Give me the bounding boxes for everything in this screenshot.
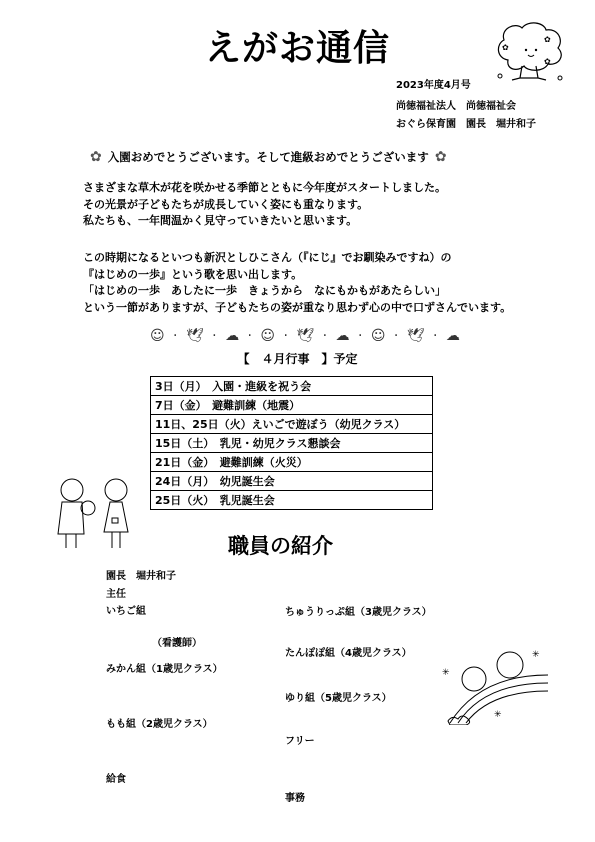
staff-mikan-class: みかん組（1歳児クラス） <box>106 660 223 675</box>
staff-nurse: （看護師） <box>152 634 202 649</box>
intro-paragraph: さまざまな草木が花を咲かせる季節とともに今年度がスタートしました。 その光景が子… <box>83 180 446 230</box>
staff-head-teacher: 主任 <box>106 585 126 600</box>
mother-baby-girl-illustration-icon <box>48 472 138 552</box>
flower-icon: ✿ <box>90 149 102 165</box>
organization-label: 尚徳福祉法人 尚徳福祉会 <box>396 97 516 112</box>
schedule-cell: 3日（月） 入園・進級を祝う会 <box>151 377 433 396</box>
table-row: 15日（土） 乳児・幼児クラス懇談会 <box>151 434 433 453</box>
table-row: 25日（火） 乳児誕生会 <box>151 491 433 510</box>
svg-text:✳: ✳ <box>532 650 540 660</box>
paragraph-line: 私たちも、一年間温かく見守っていきたいと思います。 <box>83 213 446 230</box>
staff-kitchen: 給食 <box>106 770 126 785</box>
schedule-cell: 15日（土） 乳児・幼児クラス懇談会 <box>151 434 433 453</box>
children-rainbow-illustration-icon: ✳✳✳ <box>440 645 550 725</box>
table-row: 11日、25日（火）えいごで遊ぼう（幼児クラス） <box>151 415 433 434</box>
table-row: 3日（月） 入園・進級を祝う会 <box>151 377 433 396</box>
staff-free: フリー <box>285 732 315 747</box>
table-row: 21日（金） 避難訓練（火災） <box>151 453 433 472</box>
schedule-cell: 7日（金） 避難訓練（地震） <box>151 396 433 415</box>
staff-momo-class: もも組（2歳児クラス） <box>106 715 213 730</box>
issue-label: 2023年度4月号 <box>396 76 471 91</box>
paragraph-line: 『はじめの一歩』という歌を思い出します。 <box>83 267 511 284</box>
greeting-text: 入園おめでとうございます。そして進級おめでとうございます <box>108 149 429 165</box>
decorative-border-icon: ☺ · 🕊 · ☁ · ☺ · 🕊 · ☁ · ☺ · 🕊 · ☁ <box>150 328 462 344</box>
school-director-label: おぐら保育園 園長 堀井和子 <box>396 115 536 130</box>
paragraph-line: という一節がありますが、子どもたちの姿が重なり思わず心の中で口ずさんでいます。 <box>83 300 511 317</box>
schedule-cell: 11日、25日（火）えいごで遊ぼう（幼児クラス） <box>151 415 433 434</box>
paragraph-line: この時期になるといつも新沢としひこさん（『にじ』でお馴染みですね）の <box>83 250 511 267</box>
paragraph-line: その光景が子どもたちが成長していく姿にも重なります。 <box>83 197 446 214</box>
staff-director: 園長 堀井和子 <box>106 567 176 582</box>
schedule-cell: 25日（火） 乳児誕生会 <box>151 491 433 510</box>
svg-text:✿: ✿ <box>544 35 551 44</box>
paragraph-line: 「はじめの一歩 あしたに一歩 きょうから なにもかもがあたらしい」 <box>83 283 511 300</box>
cherry-tree-illustration-icon: ✿✿✿ <box>488 20 572 86</box>
song-paragraph: この時期になるといつも新沢としひこさん（『にじ』でお馴染みですね）の 『はじめの… <box>83 250 511 316</box>
staff-yuri-class: ゆり組（5歳児クラス） <box>285 689 392 704</box>
table-row: 24日（月） 幼児誕生会 <box>151 472 433 491</box>
svg-text:✿: ✿ <box>502 43 509 52</box>
staff-ichigo-class: いちご組 <box>106 602 146 617</box>
table-row: 7日（金） 避難訓練（地震） <box>151 396 433 415</box>
staff-office: 事務 <box>285 789 305 804</box>
staff-tulip-class: ちゅうりっぷ組（3歳児クラス） <box>285 603 432 618</box>
paragraph-line: さまざまな草木が花を咲かせる季節とともに今年度がスタートしました。 <box>83 180 446 197</box>
schedule-cell: 24日（月） 幼児誕生会 <box>151 472 433 491</box>
svg-text:✿: ✿ <box>544 57 551 66</box>
svg-text:✳: ✳ <box>442 668 450 678</box>
schedule-table: 3日（月） 入園・進級を祝う会 7日（金） 避難訓練（地震） 11日、25日（火… <box>150 376 433 510</box>
svg-text:✳: ✳ <box>494 710 502 720</box>
staff-tanpopo-class: たんぽぽ組（4歳児クラス） <box>285 644 412 659</box>
greeting-line: ✿ 入園おめでとうございます。そして進級おめでとうございます ✿ <box>90 149 447 165</box>
flower-icon: ✿ <box>435 149 447 165</box>
schedule-title: 【 ４月行事 】予定 <box>0 350 595 367</box>
schedule-cell: 21日（金） 避難訓練（火災） <box>151 453 433 472</box>
staff-section-title: 職員の紹介 <box>228 530 333 560</box>
